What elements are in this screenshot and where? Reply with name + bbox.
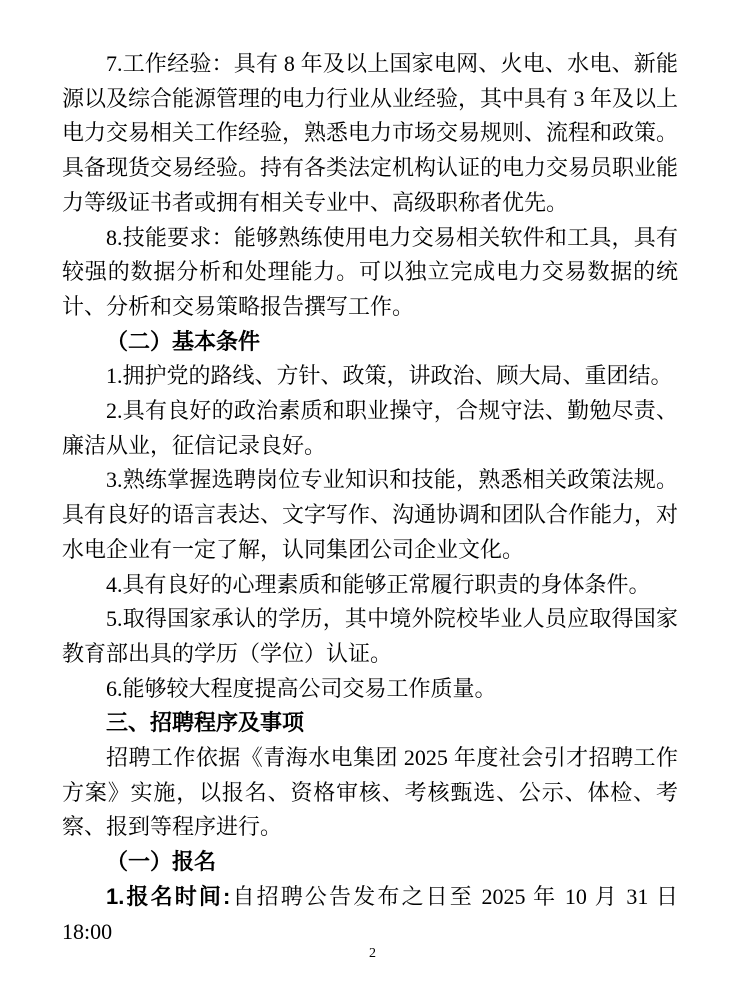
paragraph-condition-6: 6.能够较大程度提高公司交易工作质量。	[62, 672, 678, 707]
paragraph-condition-4: 4.具有良好的心理素质和能够正常履行职责的身体条件。	[62, 568, 678, 603]
heading-basic-conditions: （二）基本条件	[62, 325, 678, 360]
page-number: 2	[0, 946, 745, 962]
registration-time-label: 1.报名时间:	[106, 884, 230, 909]
paragraph-skill-requirements: 8.技能要求：能够熟练使用电力交易相关软件和工具，具有较强的数据分析和处理能力。…	[62, 221, 678, 325]
paragraph-procedure-overview: 招聘工作依据《青海水电集团 2025 年度社会引才招聘工作方案》实施，以报名、资…	[62, 741, 678, 845]
paragraph-work-experience: 7.工作经验：具有 8 年及以上国家电网、火电、水电、新能源以及综合能源管理的电…	[62, 47, 678, 221]
paragraph-condition-3: 3.熟练掌握选聘岗位专业知识和技能，熟悉相关政策法规。具有良好的语言表达、文字写…	[62, 463, 678, 567]
heading-registration: （一）报名	[62, 845, 678, 880]
document-body: 7.工作经验：具有 8 年及以上国家电网、火电、水电、新能源以及综合能源管理的电…	[62, 47, 678, 949]
paragraph-condition-5: 5.取得国家承认的学历，其中境外院校毕业人员应取得国家教育部出具的学历（学位）认…	[62, 602, 678, 671]
paragraph-registration-time: 1.报名时间:自招聘公告发布之日至 2025 年 10 月 31 日 18:00	[62, 880, 678, 949]
heading-recruitment-procedure: 三、招聘程序及事项	[62, 706, 678, 741]
paragraph-condition-2: 2.具有良好的政治素质和职业操守，合规守法、勤勉尽责、廉洁从业，征信记录良好。	[62, 394, 678, 463]
paragraph-condition-1: 1.拥护党的路线、方针、政策，讲政治、顾大局、重团结。	[62, 359, 678, 394]
document-page: 7.工作经验：具有 8 年及以上国家电网、火电、水电、新能源以及综合能源管理的电…	[0, 0, 745, 997]
